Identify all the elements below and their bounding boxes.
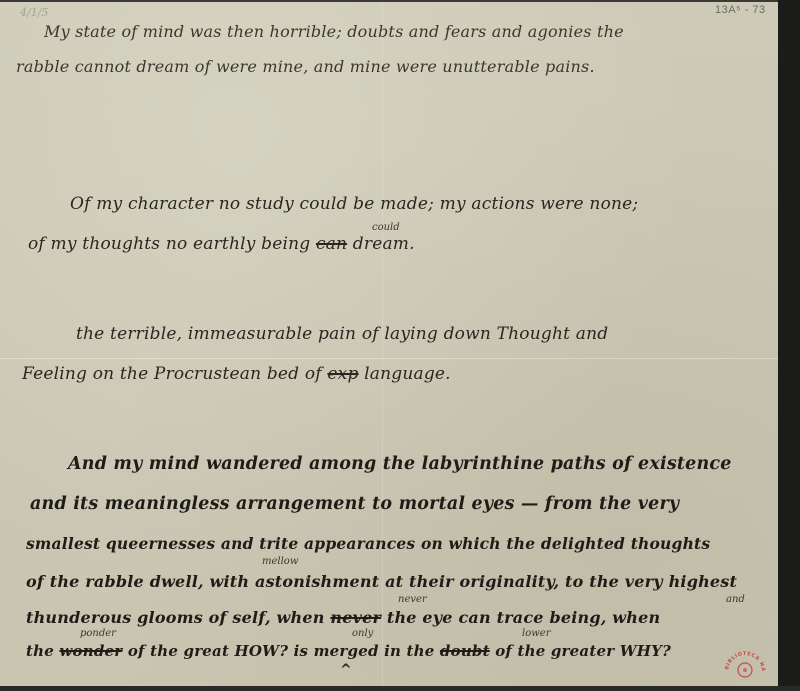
line-5-start: thunderous glooms of self, when (26, 608, 325, 627)
paragraph-4-line-1: And my mind wandered among the labyrinth… (68, 454, 732, 474)
paragraph-1-line-2: rabble cannot dream of were mine, and mi… (16, 57, 595, 76)
paragraph-4-line-2: and its meaningless arrangement to morta… (30, 494, 679, 514)
paragraph-3-line-2: Feeling on the Procrustean bed of exp la… (22, 364, 451, 384)
paragraph-1-line-1: My state of mind was then horrible; doub… (44, 22, 624, 41)
line-6-great-how: of the great HOW? is (128, 642, 308, 660)
struck-word: doubt (440, 642, 490, 660)
insertion-only: only (352, 628, 373, 639)
line-6-merged: merged (314, 642, 379, 660)
paragraph-4-line-5: thunderous glooms of self, when never th… (26, 608, 660, 627)
paragraph-3-line-1: the terrible, immeasurable pain of layin… (76, 324, 608, 344)
line-4-start: of the rabble dwell, with (26, 572, 249, 591)
insertion-mellow: mellow (262, 556, 298, 567)
paragraph-2-line-2: of my thoughts no earthly being can drea… (28, 234, 415, 254)
library-stamp: BIBLIOTECA NACIONAL (722, 642, 768, 682)
insertion-and: and (726, 594, 745, 605)
line-6-in-the: in the (384, 642, 434, 660)
paragraph-4-line-6: the wonder of the great HOW? is merged i… (26, 642, 671, 660)
stamp-icon: BIBLIOTECA NACIONAL (722, 642, 768, 682)
svg-text:BIBLIOTECA NACIONAL: BIBLIOTECA NACIONAL (722, 642, 766, 672)
line-5-rest: the eye can trace being, when (387, 608, 660, 627)
fold-line (0, 358, 783, 359)
struck-word: never (330, 608, 381, 627)
insertion-ponder: ponder (80, 628, 116, 639)
scan-right-edge (778, 0, 800, 691)
line-end: dream. (353, 234, 415, 254)
line-4-rest: astonishment at their originality, to th… (255, 572, 737, 591)
archive-number: 13Α⁵ - 73 (715, 4, 766, 16)
line-6-the: the (26, 642, 54, 660)
insertion-could: could (372, 222, 400, 233)
insertion-caret-icon: ^ (340, 662, 352, 678)
paragraph-4-line-4: of the rabble dwell, with astonishment a… (26, 572, 737, 591)
manuscript-page: 4/1/5 13Α⁵ - 73 My state of mind was the… (0, 2, 783, 686)
pencil-mark: 4/1/5 (20, 6, 48, 19)
scan-bottom-edge (0, 686, 800, 691)
paragraph-3-line-2-text: Feeling on the Procrustean bed of (22, 364, 322, 384)
struck-word: wonder (59, 642, 122, 660)
struck-word: can (316, 234, 347, 254)
line-end: language. (364, 364, 451, 384)
line-6-greater-why: of the greater WHY? (495, 642, 671, 660)
struck-word: exp (327, 364, 358, 384)
insertion-never: never (398, 594, 427, 605)
insertion-lower: lower (522, 628, 550, 639)
show-through-text (640, 74, 644, 89)
paragraph-2-line-2-text: of my thoughts no earthly being (28, 234, 310, 254)
paragraph-4-line-3: smallest queernesses and trite appearanc… (26, 534, 710, 553)
paragraph-2-line-1: Of my character no study could be made; … (70, 194, 638, 214)
